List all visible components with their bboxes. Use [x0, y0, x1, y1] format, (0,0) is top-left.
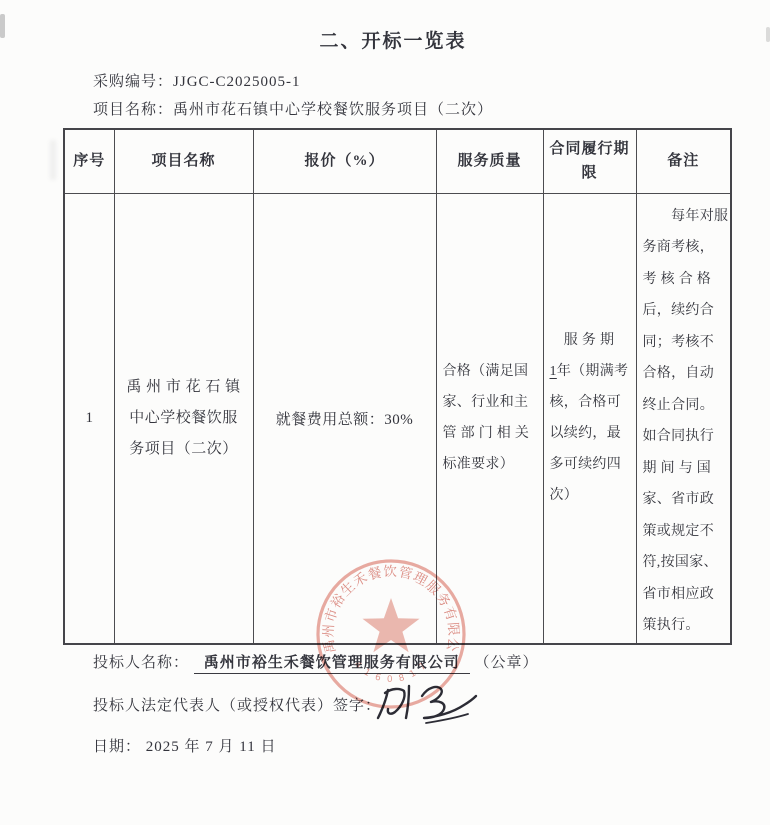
- date-line: 日期： 2025 年 7 月 11 日: [93, 735, 276, 756]
- contract-term-underlined-value: 1: [550, 364, 557, 379]
- bidder-name-label: 投标人名称：: [93, 655, 194, 671]
- cell-seq: 1: [64, 193, 114, 644]
- procurement-number-label: 采购编号：: [93, 74, 173, 90]
- page-title: 二、开标一览表: [0, 26, 770, 53]
- contract-term-prefix: 服 务 期: [550, 333, 615, 348]
- document-page: 二、开标一览表 采购编号：JJGC-C2025005-1 项目名称：禹州市花石镇…: [0, 0, 770, 825]
- project-name-value: 禹州市花石镇中心学校餐饮服务项目（二次）: [173, 102, 493, 118]
- company-seal-stamp: 禹州市裕生禾餐饮管理服务有限公司 4 1 6 0 8 1 7: [300, 543, 482, 725]
- header-remark: 备注: [636, 129, 731, 193]
- date-label: 日期：: [93, 739, 146, 755]
- svg-text:4 1 6 0 8 1 7: 4 1 6 0 8 1 7: [352, 660, 430, 685]
- cell-remark: 每年对服 务商考核， 考 核 合 格 后，续约合 同；考核不 合格，自动 终止合…: [636, 193, 731, 644]
- procurement-number-line: 采购编号：JJGC-C2025005-1: [93, 70, 301, 91]
- seal-number-text: 4 1 6 0 8 1 7: [352, 660, 430, 685]
- header-seq: 序号: [64, 129, 114, 193]
- cell-contract-term: 服 务 期 1年（期满考 核，合格可 以续约，最 多可续约四 次）: [543, 193, 636, 644]
- cell-project-name: 禹 州 市 花 石 镇 中心学校餐饮服 务项目（二次）: [114, 193, 253, 644]
- project-name-line: 项目名称：禹州市花石镇中心学校餐饮服务项目（二次）: [93, 98, 493, 119]
- header-contract-term: 合同履行期 限: [543, 129, 636, 193]
- procurement-number-value: JJGC-C2025005-1: [173, 74, 301, 90]
- table-header-row: 序号 项目名称 报价（%） 服务质量 合同履行期 限 备注: [64, 129, 731, 193]
- contract-term-text: 服 务 期 1年（期满考 核，合格可 以续约，最 多可续约四 次）: [545, 325, 635, 511]
- service-quality-text: 合格（满足国 家、行业和主 管 部 门 相 关 标准要求）: [438, 356, 542, 480]
- header-project-name: 项目名称: [114, 129, 253, 193]
- project-name-label: 项目名称：: [93, 102, 173, 118]
- header-service-quality: 服务质量: [436, 129, 543, 193]
- header-price: 报价（%）: [253, 129, 436, 193]
- seal-star-icon: [363, 598, 420, 652]
- scan-artifact: [50, 140, 56, 180]
- remark-text: 每年对服 务商考核， 考 核 合 格 后，续约合 同；考核不 合格，自动 终止合…: [638, 195, 730, 642]
- date-value: 2025 年 7 月 11 日: [146, 739, 277, 755]
- project-name-text: 禹 州 市 花 石 镇 中心学校餐饮服 务项目（二次）: [116, 372, 252, 465]
- contract-term-rest: 年（期满考 核，合格可 以续约，最 多可续约四 次）: [550, 364, 629, 503]
